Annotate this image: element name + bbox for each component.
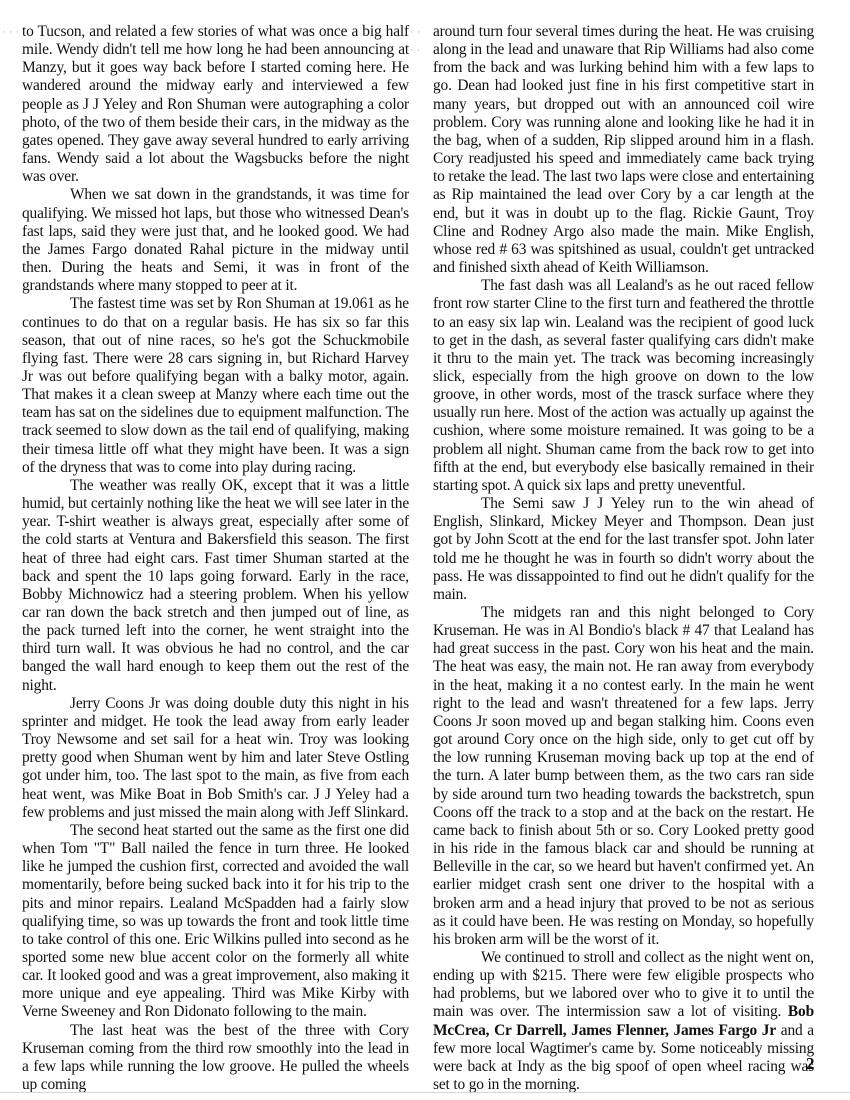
document-page: · · · · · · · to Tucson, and related a f…	[0, 0, 850, 1100]
paragraph-text: We continued to stroll and collect as th…	[433, 949, 814, 1020]
bottom-rule	[0, 1092, 850, 1093]
page-number: 2	[806, 1054, 815, 1074]
paragraph: Jerry Coons Jr was doing double duty thi…	[22, 695, 409, 822]
scan-artifact: · ·	[410, 26, 420, 38]
left-column: to Tucson, and related a few stories of …	[22, 23, 409, 1094]
paragraph: When we sat down in the grandstands, it …	[22, 186, 409, 295]
scan-artifact: · ·	[410, 44, 420, 56]
paragraph: The fastest time was set by Ron Shuman a…	[22, 295, 409, 477]
paragraph: The Semi saw J J Yeley run to the win ah…	[433, 495, 814, 604]
paragraph: around turn four several times during th…	[433, 23, 814, 277]
paragraph: to Tucson, and related a few stories of …	[22, 23, 409, 186]
paragraph: The fast dash was all Lealand's as he ou…	[433, 277, 814, 495]
paragraph-with-names: We continued to stroll and collect as th…	[433, 949, 814, 1094]
paragraph: The second heat started out the same as …	[22, 822, 409, 1022]
scan-artifact: · · ·	[2, 26, 19, 38]
paragraph: The last heat was the best of the three …	[22, 1022, 409, 1095]
paragraph: The weather was really OK, except that i…	[22, 477, 409, 695]
paragraph: The midgets ran and this night belonged …	[433, 604, 814, 949]
right-column: around turn four several times during th…	[433, 23, 814, 1094]
